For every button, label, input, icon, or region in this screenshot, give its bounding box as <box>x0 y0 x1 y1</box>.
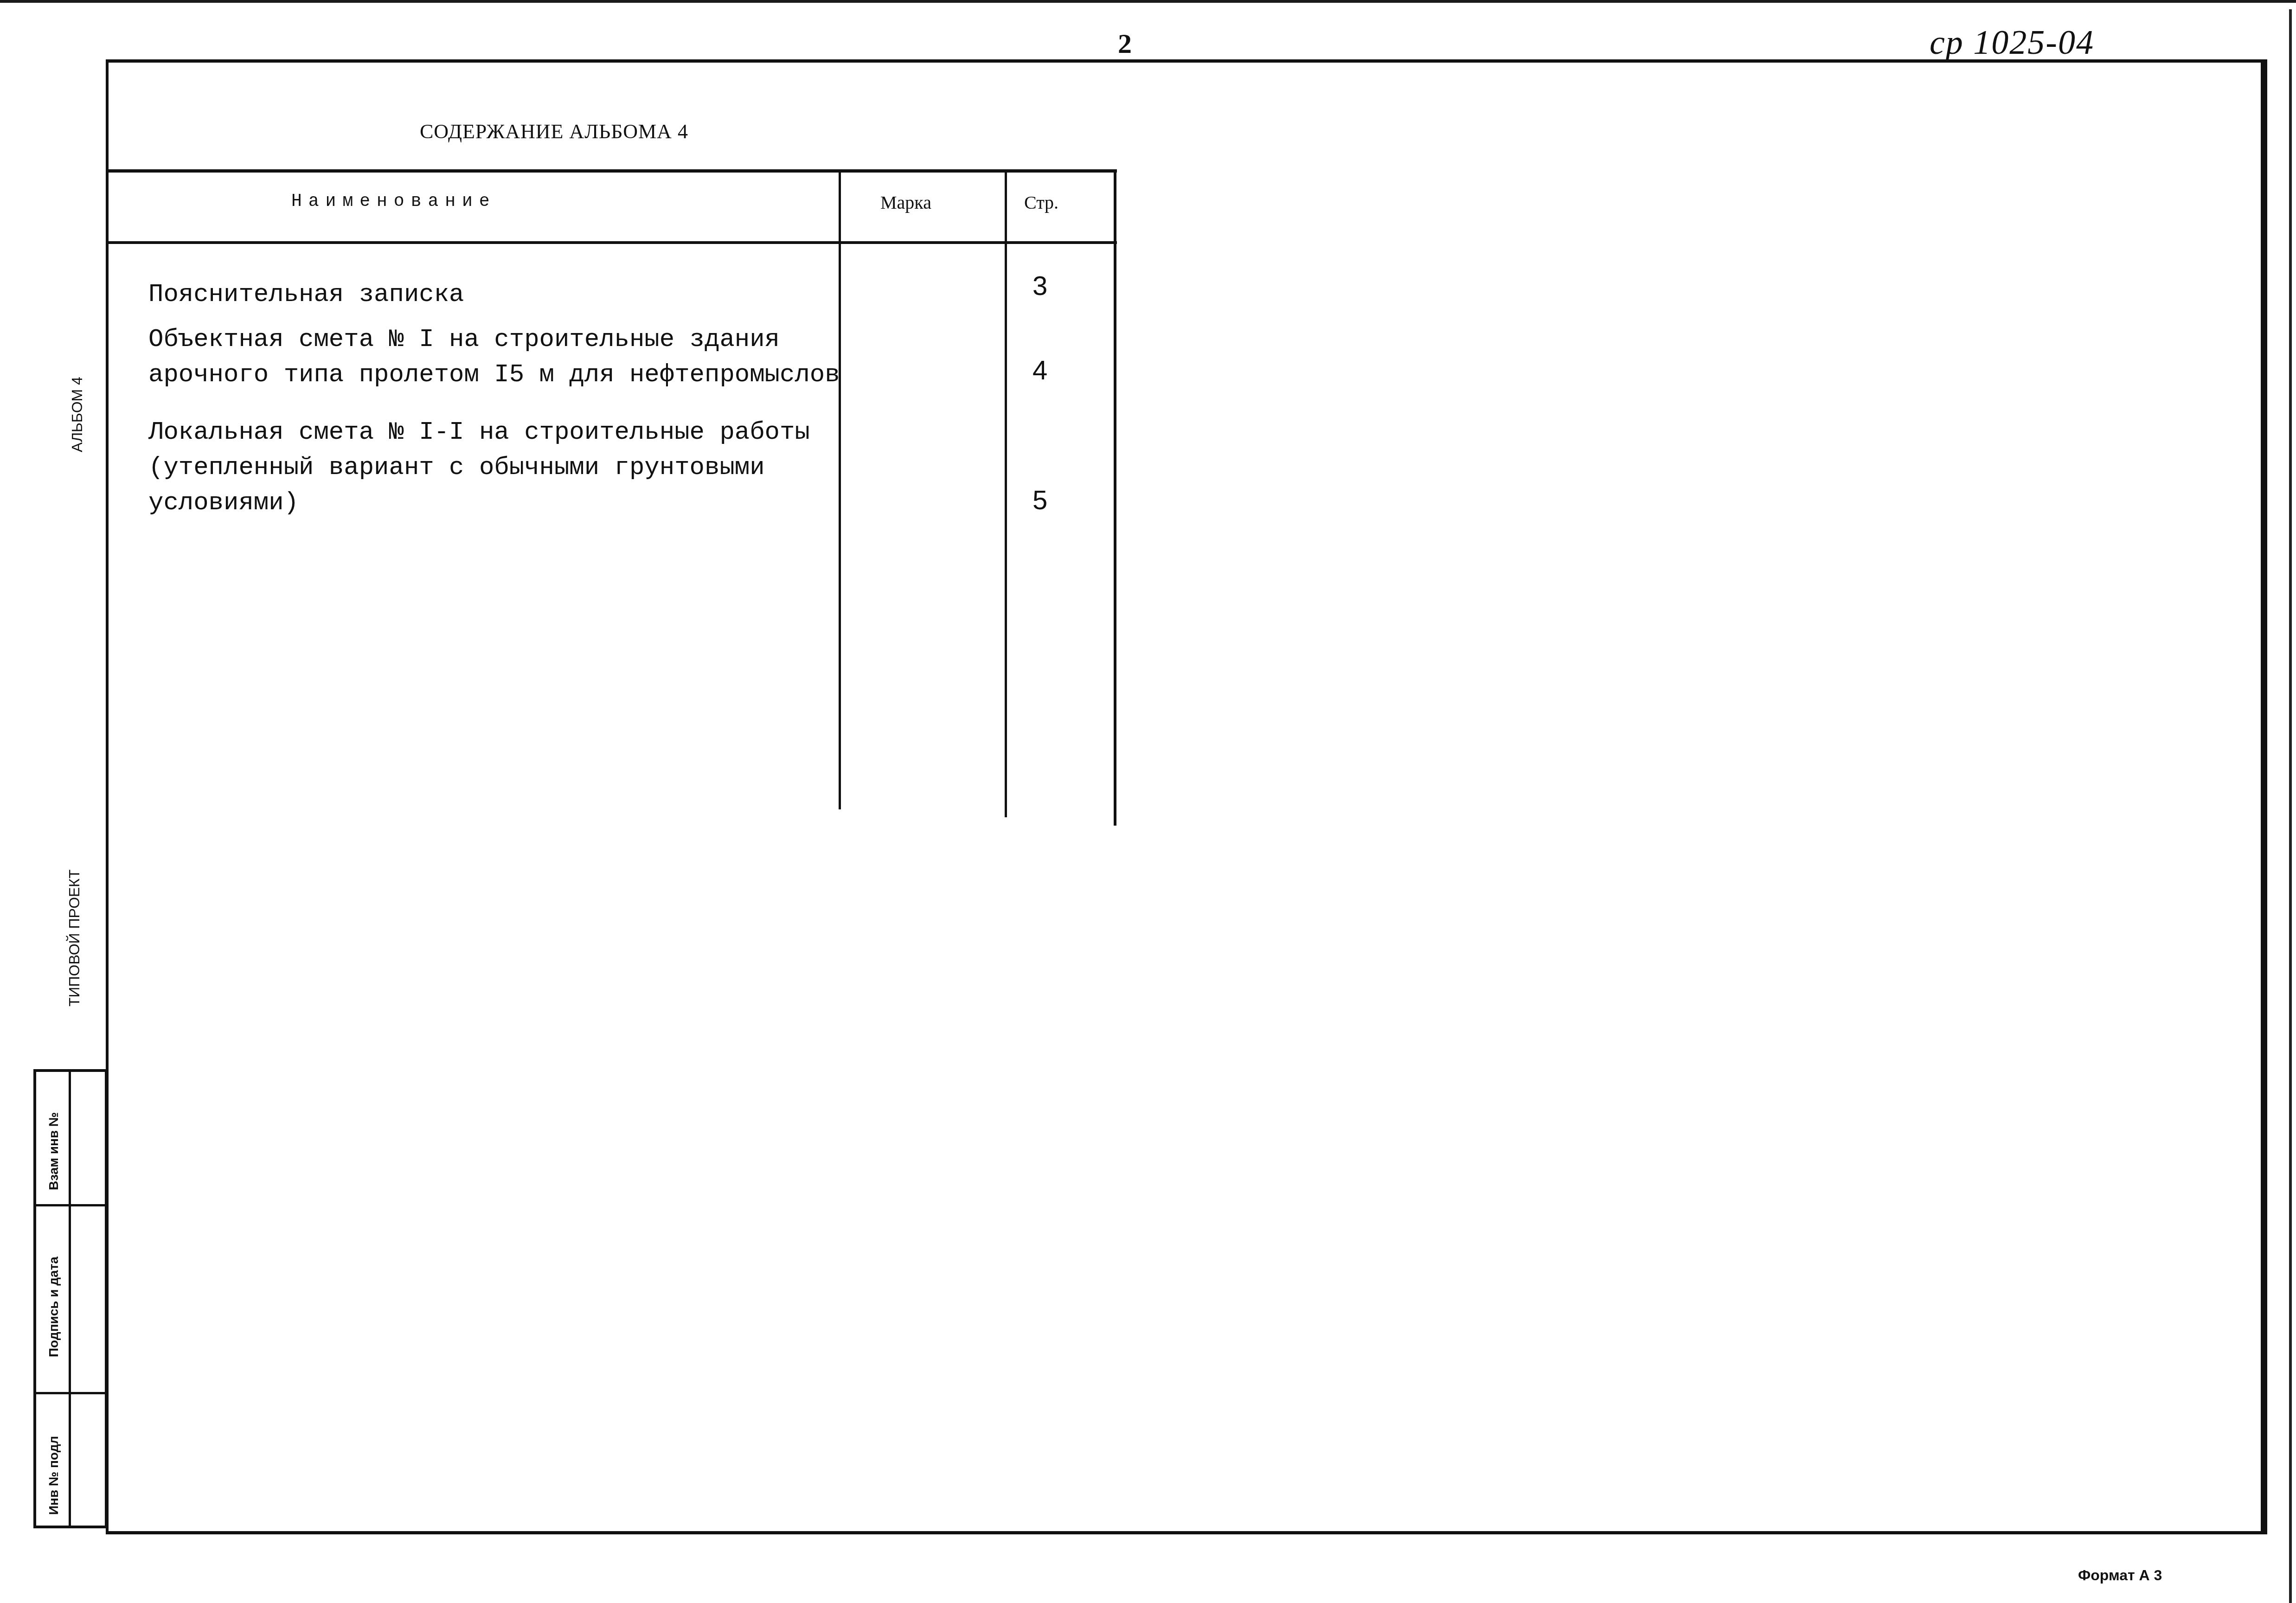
column-header-page: Стр. <box>1024 192 1058 213</box>
table-row-page: 3 <box>1033 270 1047 301</box>
contents-table: Наименование Марка Стр. Пояснительная за… <box>106 169 1117 828</box>
table-top-line <box>106 169 1117 173</box>
page-number: 2 <box>1118 28 1132 60</box>
table-header-divider <box>106 241 1117 244</box>
stamp-column-divider <box>69 1072 71 1526</box>
top-border-line <box>0 0 2296 3</box>
approval-stamp: Взам инв № Подпись и дата Инв № подл <box>33 1069 108 1528</box>
table-row-name: Локальная смета № I-I на строительные ра… <box>148 415 810 521</box>
table-row-page: 5 <box>1033 485 1047 516</box>
stamp-row-divider <box>36 1392 105 1394</box>
project-label: ТИПОВОЙ ПРОЕКТ <box>66 869 83 1007</box>
column-header-mark: Марка <box>880 192 931 213</box>
table-row-page: 4 <box>1033 355 1047 386</box>
column-divider-mark-page <box>1005 169 1007 817</box>
stamp-field-signature-date: Подпись и дата <box>46 1257 61 1357</box>
page-title: СОДЕРЖАНИЕ АЛЬБОМА 4 <box>420 120 688 143</box>
sheet-format-label: Формат А 3 <box>2078 1567 2162 1584</box>
album-label: АЛЬБОМ 4 <box>69 377 86 452</box>
sheet-edge-line <box>2289 9 2292 1603</box>
stamp-row-divider <box>36 1204 105 1206</box>
stamp-field-replacement-inv: Взам инв № <box>46 1112 61 1190</box>
table-right-border <box>1114 169 1116 826</box>
column-header-name: Наименование <box>291 192 496 212</box>
table-row-name: Пояснительная записка <box>148 277 464 313</box>
table-row-name: Объектная смета № I на строительные здан… <box>148 322 840 393</box>
document-code: ср 1025-04 <box>1930 23 2094 63</box>
column-divider-name-mark <box>839 169 841 809</box>
stamp-field-original-inv: Инв № подл <box>46 1436 61 1515</box>
